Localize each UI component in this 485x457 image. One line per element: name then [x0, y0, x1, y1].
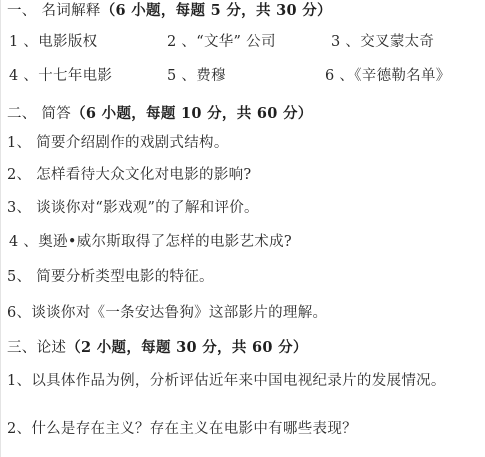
question-item: 3、 谈谈你对“影戏观”的了解和评价。 — [7, 199, 259, 217]
exam-page: 一、 名词解释（6 小题，每题 5 分，共 30 分） 1 、电影版权 2 、“… — [0, 0, 485, 457]
term-item: 1 、电影版权 — [9, 33, 97, 51]
section-3-meta: （2 小题，每题 30 分，共 60 分） — [66, 339, 308, 356]
question-item: 6、谈谈你对《一条安达鲁狗》这部影片的理解。 — [7, 304, 327, 322]
question-item: 2、 怎样看待大众文化对电影的影响? — [7, 166, 252, 184]
question-item: 4 、奥逊•威尔斯取得了怎样的电影艺术成? — [9, 233, 292, 251]
section-3-heading: 三、论述（2 小题，每题 30 分，共 60 分） — [7, 339, 308, 357]
section-2-meta: （6 小题，每题 10 分，共 60 分） — [71, 105, 313, 122]
section-1-title: 一、 名词解释 — [7, 3, 101, 19]
term-item: 3 、交叉蒙太奇 — [331, 33, 434, 51]
section-3-title: 三、论述 — [7, 340, 66, 356]
term-item: 2 、“文华” 公司 — [167, 33, 276, 51]
question-item: 1、 简要介绍剧作的戏剧式结构。 — [7, 134, 229, 152]
section-1-meta: （6 小题，每题 5 分，共 30 分） — [101, 2, 332, 19]
question-item: 5、 简要分析类型电影的特征。 — [7, 268, 214, 286]
section-2-heading: 二、 简答（6 小题，每题 10 分，共 60 分） — [7, 105, 313, 123]
question-item: 2、什么是存在主义？存在主义在电影中有哪些表现？ — [7, 420, 357, 438]
section-2-title: 二、 简答 — [7, 106, 71, 122]
term-item: 5 、费穆 — [167, 67, 226, 85]
question-item: 1、以具体作品为例，分析评估近年来中国电视纪录片的发展情况。 — [7, 372, 446, 390]
term-item: 6 、《辛德勒名单》 — [325, 67, 451, 85]
term-item: 4 、十七年电影 — [9, 67, 112, 85]
section-1-heading: 一、 名词解释（6 小题，每题 5 分，共 30 分） — [7, 2, 332, 20]
